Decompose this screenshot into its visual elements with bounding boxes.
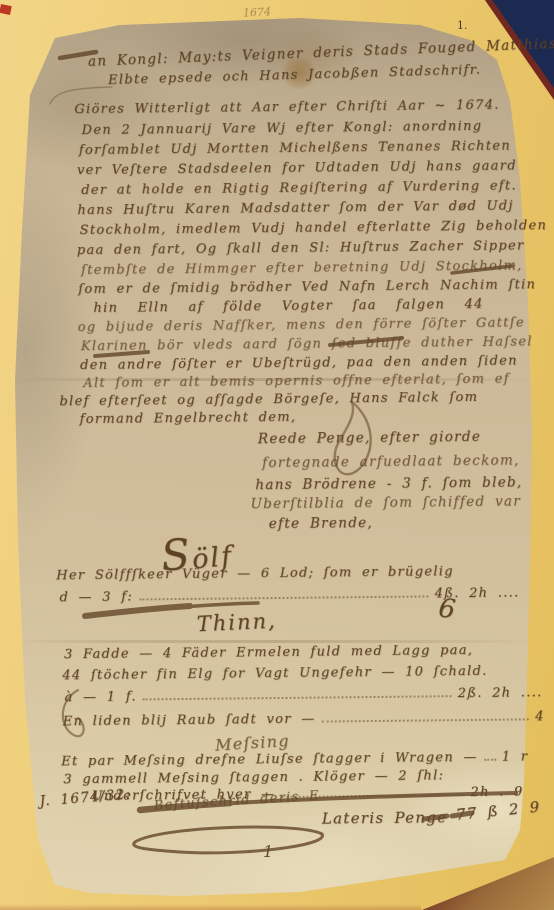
entry-label: Et par Meſsing drefne Liuſse ſtagger i W…: [61, 750, 478, 769]
archive-photo: 1674 1. an Kongl: May:ts Veigner deris S…: [0, 0, 554, 910]
inventory-entry: 3 Fadde — 4 Fäder Ermelen fuld med Lagg …: [64, 643, 473, 662]
archive-reference: J. 1674/32:: [39, 786, 132, 809]
leader-dots: [139, 595, 429, 600]
body-line: paa den fart, Og ſkall den Sl: Huſtrus Z…: [77, 238, 525, 258]
lateris-label: Lateris Penge: [322, 808, 448, 827]
handwriting-layer: an Kongl: May:ts Veigner deris Stads Fou…: [0, 0, 554, 910]
entry-label: d — 3 f:: [59, 590, 133, 606]
summary-line: Reede Penge, efter giorde: [258, 429, 481, 447]
inventory-entry: à — 1 f. 2ß. 2h ....: [64, 685, 542, 705]
body-line: Alt ſom er alt bemis opernis offne efter…: [83, 372, 510, 391]
section-title-tin: Thinn,: [196, 609, 277, 637]
body-line: Klarinen bör vleds aard ſögn ſed bluffe …: [81, 334, 533, 354]
body-line: ſtembſte de Himmger efter beretning Udj …: [81, 258, 523, 278]
body-line: formand Engelbrecht dem,: [80, 410, 297, 427]
body-line: ver Veſtere Stadsdeelen for Udtaden Udj …: [77, 158, 517, 178]
body-line: og bijude deris Nafſker, mens den förre …: [78, 315, 525, 335]
entry-label: En liden blij Raub ſadt vor —: [63, 712, 316, 730]
leader-dots: [484, 759, 496, 761]
body-line: blef efterſeet og afſagde Börgeſe, Hans …: [59, 390, 478, 409]
entry-label: à — 1 f.: [64, 689, 136, 705]
silver-item-line: Her Sölffſkeer Vüger — 6 Lod; ſom er brü…: [56, 564, 454, 583]
entry-amount: 2h . 9: [470, 784, 523, 800]
inventory-entry: 44 ſtöcher fin Elg for Vagt Ungefehr — 1…: [62, 664, 487, 683]
body-line: ſom er de ſmidig brödher Ved Nafn Lerch …: [78, 277, 536, 297]
body-line: den andre ſöſter er Ubeſtrügd, paa den a…: [80, 353, 518, 373]
body-line: Den 2 Jannuarij Vare Wj efter Kongl: ano…: [82, 119, 483, 138]
inventory-entry: 3 gammell Meſsing ſtaggen . Klöger — 2 ſ…: [63, 768, 444, 787]
amount-figure: 6: [437, 593, 459, 625]
header-line: an Kongl: May:ts Veigner deris Stads Fou…: [88, 35, 554, 70]
body-line: Giöres Witterligt att Aar efter Chriſti …: [74, 98, 499, 117]
entry-amount: 4: [535, 709, 545, 724]
body-line: Stockholm, imedlem Vudj handel efterlatt…: [80, 218, 548, 238]
entry-amount: 2ß. 2h ....: [458, 685, 543, 701]
body-line: forſamblet Udj Mortten Michelßens Tenane…: [79, 139, 511, 159]
leader-dots: [143, 695, 452, 700]
summary-line: Uberſtilblia de ſom ſchiffed var: [250, 493, 521, 512]
summary-line: hans Brödrene - 3 f. ſom bleb,: [255, 474, 522, 493]
lateris-amount: 77 ß 2 9: [455, 798, 541, 824]
entry-amount: 1 r: [502, 749, 529, 764]
body-line: der at holde en Rigtig Regiſtering af Vu…: [81, 178, 517, 198]
body-line: hin Elln af földe Vogter ſaa falgen 44: [93, 297, 483, 316]
inventory-entry: Et par Meſsing drefne Liuſse ſtagger i W…: [61, 750, 513, 770]
summary-line: fortegnade arfuedlaat beckom,: [262, 452, 520, 471]
inventory-entry: En liden blij Raub ſadt vor — 4: [63, 709, 545, 729]
summary-line: efte Brende,: [269, 515, 373, 532]
body-line: hans Huſtru Karen Madsdatter ſom der Var…: [77, 199, 513, 219]
leader-dots: [322, 718, 530, 722]
page-number: 1: [263, 842, 273, 861]
